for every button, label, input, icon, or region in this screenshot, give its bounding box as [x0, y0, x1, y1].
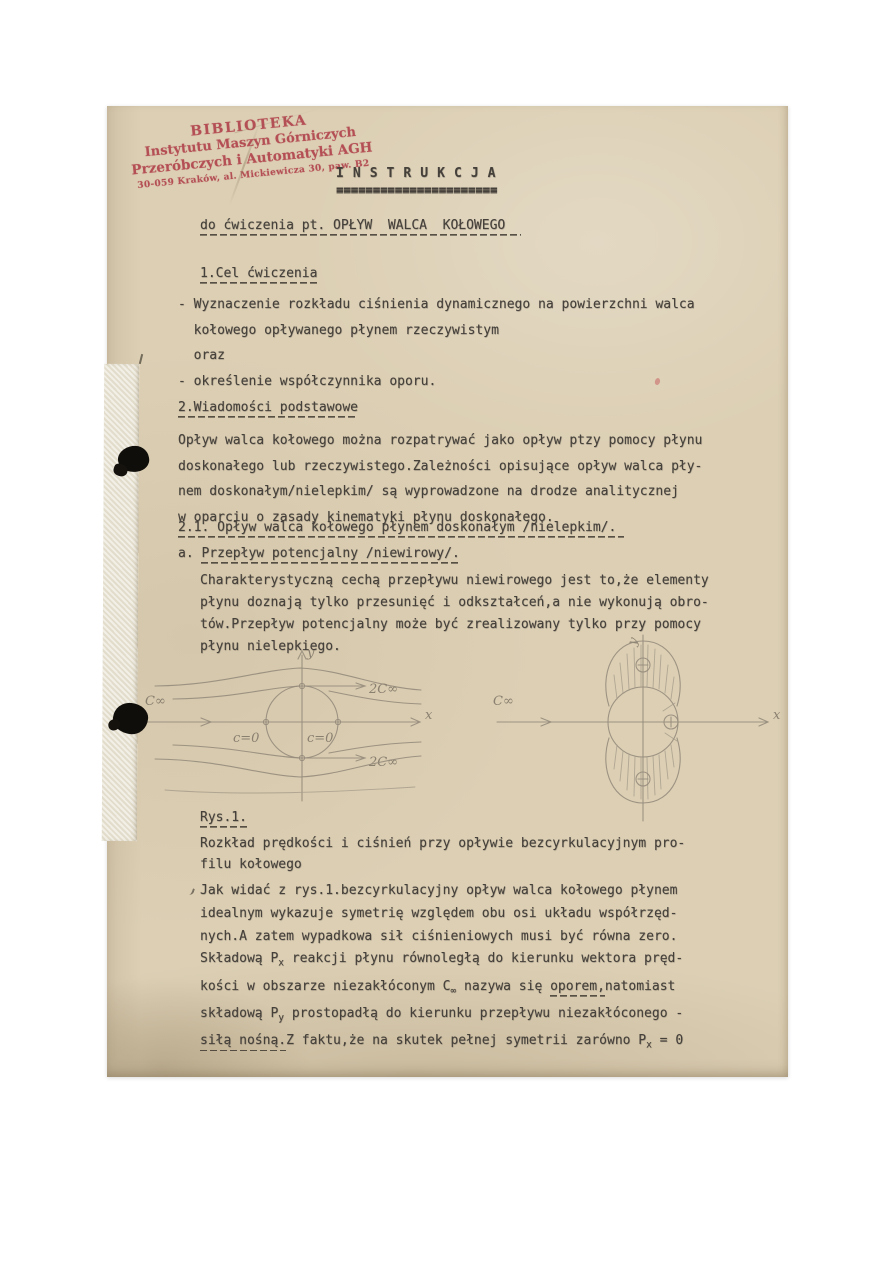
text-segment: natomiast [605, 979, 675, 994]
freestream-velocity-label: C∞ [145, 694, 166, 709]
underlined-term: oporem, [550, 979, 605, 997]
axis-label-x: x [425, 708, 433, 723]
text-segment: prostopadłą do kierunku przepływu niezak… [284, 1006, 683, 1021]
item-a-heading: a. Przepływ potencjalny /niewirowy/. [178, 546, 460, 561]
paper-sheet: BIBLIOTEKA Instytutu Maszyn Górniczych P… [107, 106, 788, 1077]
body-line: kołowego opływanego płynem rzeczywistym [178, 318, 695, 344]
item-a-prefix: a. [178, 546, 201, 561]
section-2-1-heading: 2.1. Opływ walca kołowego płynem doskona… [178, 520, 624, 538]
body-line: składową Py prostopadłą do kierunku prze… [200, 1003, 683, 1030]
velocity-zero-label: c=0 [307, 731, 333, 746]
body-line: - Wyznaczenie rozkładu ciśnienia dynamic… [178, 292, 695, 318]
section-1-heading: 1.Cel ćwiczenia [200, 266, 317, 284]
plus-pressure-symbol [666, 717, 676, 727]
body-line: Składową Px reakcji płynu równoległą do … [200, 948, 683, 975]
body-line: doskonałego lub rzeczywistego.Zależności… [178, 454, 702, 480]
caption-line: Rozkład prędkości i ciśnień przy opływie… [200, 834, 685, 855]
scanned-document-page: { "colors": { "paper": "#dccfb4", "ink":… [0, 0, 893, 1263]
figure-caption: Rozkład prędkości i ciśnień przy opływie… [200, 834, 685, 875]
body-line: - określenie współczynnika oporu. [178, 369, 695, 395]
body-line: Charakterystyczną cechą przepływu niewir… [200, 570, 709, 592]
figure-caption-label: Rys.1. [200, 810, 247, 828]
text-segment: = 0 [652, 1033, 683, 1048]
caption-line: filu kołowego [200, 855, 685, 876]
text-segment: składową P [200, 1006, 278, 1021]
underlined-term: siłą nośną. [200, 1033, 286, 1051]
freestream-velocity-label: C∞ [493, 694, 514, 709]
body-line: nem doskonałym/nielepkim/ są wyprowadzon… [178, 479, 702, 505]
item-a-title: Przepływ potencjalny /niewirowy/. [201, 546, 459, 564]
text-segment: nazywa się [456, 979, 550, 994]
body-line: nych.A zatem wypadkowa sił ciśnieniowych… [200, 926, 683, 949]
text-segment: kości w obszarze niezakłóconym C [200, 979, 450, 994]
section-2-body: Opływ walca kołowego można rozpatrywać j… [178, 428, 702, 530]
body-line: płynu doznają tylko przesunięć i odkszta… [200, 592, 709, 614]
doc-title: I N S T R U K C J A [336, 166, 496, 181]
streamline [329, 742, 421, 753]
text-segment: Z faktu,że na skutek pełnej symetrii zar… [286, 1033, 646, 1048]
figure-left-diagram: y x C∞ c=0 c=0 2C∞ 2C∞ [137, 643, 442, 815]
title-underline: ====================== [336, 183, 497, 198]
figure-right-diagram: y x C∞ [487, 629, 795, 827]
axis-label-y: y [306, 646, 315, 661]
binding-tape [102, 364, 139, 841]
body-line: Jak widać z rys.1.bezcyrkulacyjny opływ … [200, 880, 683, 903]
axis-label-x: x [773, 708, 781, 723]
section-1-body: - Wyznaczenie rozkładu ciśnienia dynamic… [178, 292, 695, 394]
body-line: Opływ walca kołowego można rozpatrywać j… [178, 428, 702, 454]
double-velocity-label: 2C∞ [368, 755, 398, 770]
body-line: kości w obszarze niezakłóconym C∞ nazywa… [200, 976, 683, 1003]
velocity-zero-label: c=0 [233, 731, 259, 746]
closing-paragraph: Jak widać z rys.1.bezcyrkulacyjny opływ … [200, 880, 683, 1058]
body-line: idealnym wykazuje symetrię względem obu … [200, 903, 683, 926]
body-line: siłą nośną.Z faktu,że na skutek pełnej s… [200, 1030, 683, 1057]
section-2-heading: 2.Wiadomości podstawowe [178, 400, 358, 418]
streamline [165, 787, 415, 793]
doc-subtitle: do ćwiczenia pt. OPŁYW WALCA KOŁOWEGO [200, 218, 521, 236]
body-line: oraz [178, 343, 695, 369]
pencil-mark [139, 354, 143, 364]
double-velocity-label: 2C∞ [368, 682, 398, 697]
text-segment: reakcji płynu równoległą do kierunku wek… [284, 951, 683, 966]
pencil-mark [188, 887, 195, 895]
text-segment: Składową P [200, 951, 278, 966]
